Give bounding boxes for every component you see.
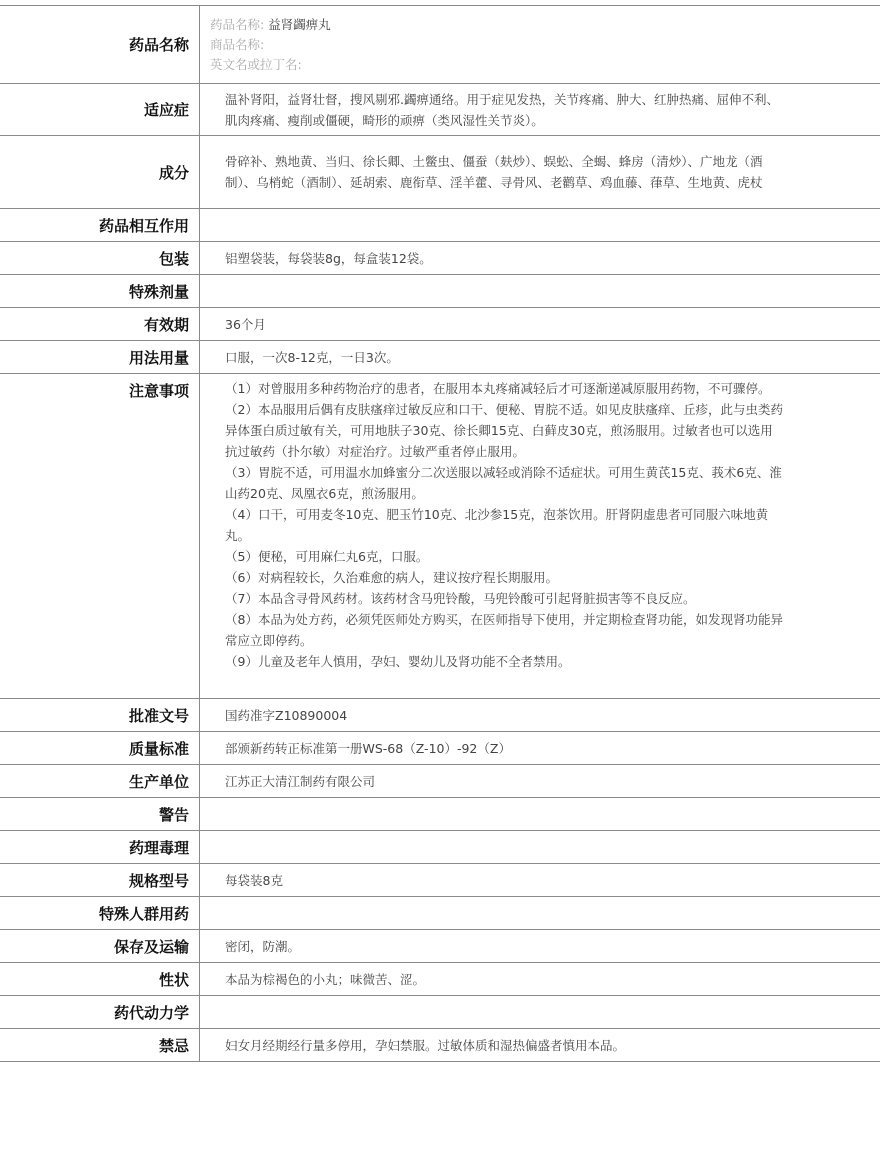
drug-info-table: 药品名称 药品名称: 益肾蠲痹丸 商品名称: 英文名或拉丁名: 适应症 温补肾阳… — [0, 5, 880, 1062]
row-indications: 适应症 温补肾阳，益肾壮督，搜风剔邪.蠲痹通络。用于症见发热，关节疼痛、肿大、红… — [0, 84, 880, 136]
generic-name-value: 益肾蠲痹丸 — [268, 17, 331, 32]
row-dosage: 用法用量 口服，一次8-12克，一日3次。 — [0, 341, 880, 374]
row-label: 药品相互作用 — [0, 209, 200, 242]
precautions-list: （1）对曾服用多种药物治疗的患者，在服用本丸疼痛减轻后才可逐渐递减原服用药物，不… — [200, 374, 880, 699]
row-label: 成分 — [0, 136, 200, 209]
row-drug-name: 药品名称 药品名称: 益肾蠲痹丸 商品名称: 英文名或拉丁名: — [0, 6, 880, 84]
row-label: 质量标准 — [0, 732, 200, 765]
row-manufacturer: 生产单位 江苏正大清江制药有限公司 — [0, 765, 880, 798]
row-label: 有效期 — [0, 308, 200, 341]
row-label: 药理毒理 — [0, 831, 200, 864]
row-special-dose: 特殊剂量 — [0, 275, 880, 308]
precaution-item: （1）对曾服用多种药物治疗的患者，在服用本丸疼痛减轻后才可逐渐递减原服用药物，不… — [225, 378, 785, 399]
row-shelf-life: 有效期 36个月 — [0, 308, 880, 341]
row-value: 江苏正大清江制药有限公司 — [200, 765, 880, 798]
precaution-item: （6）对病程较长，久治难愈的病人，建议按疗程长期服用。 — [225, 567, 785, 588]
precaution-item: （8）本品为处方药，必须凭医师处方购买，在医师指导下使用，并定期检查肾功能，如发… — [225, 609, 785, 651]
row-label: 特殊剂量 — [0, 275, 200, 308]
row-packaging: 包装 铝塑袋装，每袋装8g，每盒装12袋。 — [0, 242, 880, 275]
row-value: 部颁新药转正标准第一册WS-68（Z-10）-92（Z） — [200, 732, 880, 765]
row-precautions: 注意事项 （1）对曾服用多种药物治疗的患者，在服用本丸疼痛减轻后才可逐渐递减原服… — [0, 374, 880, 699]
row-description: 性状 本品为棕褐色的小丸；味微苦、涩。 — [0, 963, 880, 996]
row-interactions: 药品相互作用 — [0, 209, 880, 242]
precaution-item: （3）胃脘不适，可用温水加蜂蜜分二次送服以减轻或消除不适症状。可用生黄芪15克、… — [225, 462, 785, 504]
row-value: 妇女月经期经行量多停用，孕妇禁服。过敏体质和湿热偏盛者慎用本品。 — [200, 1029, 880, 1062]
row-label: 性状 — [0, 963, 200, 996]
row-label: 批准文号 — [0, 699, 200, 732]
field-key: 商品名称: — [210, 37, 264, 52]
row-pharmacology: 药理毒理 — [0, 831, 880, 864]
row-storage: 保存及运输 密闭，防潮。 — [0, 930, 880, 963]
row-value: 本品为棕褐色的小丸；味微苦、涩。 — [200, 963, 880, 996]
row-value — [200, 831, 880, 864]
row-ingredients: 成分 骨碎补、熟地黄、当归、徐长卿、土鳖虫、僵蚕（麸炒）、蜈蚣、全蝎、蜂房（清炒… — [0, 136, 880, 209]
row-special-populations: 特殊人群用药 — [0, 897, 880, 930]
latin-name-line: 英文名或拉丁名: — [210, 55, 880, 75]
row-value — [200, 897, 880, 930]
row-label: 警告 — [0, 798, 200, 831]
row-value: 口服，一次8-12克，一日3次。 — [200, 341, 880, 374]
row-label: 规格型号 — [0, 864, 200, 897]
field-key: 英文名或拉丁名: — [210, 57, 302, 72]
precaution-item: （2）本品服用后偶有皮肤瘙痒过敏反应和口干、便秘、胃脘不适。如见皮肤瘙痒、丘疹，… — [225, 399, 785, 462]
row-label: 药代动力学 — [0, 996, 200, 1029]
field-key: 药品名称: — [210, 17, 264, 32]
row-specification: 规格型号 每袋装8克 — [0, 864, 880, 897]
row-label: 用法用量 — [0, 341, 200, 374]
row-value: 密闭，防潮。 — [200, 930, 880, 963]
precaution-item: （5）便秘，可用麻仁丸6克，口服。 — [225, 546, 785, 567]
row-label: 包装 — [0, 242, 200, 275]
row-label: 禁忌 — [0, 1029, 200, 1062]
drug-name-block: 药品名称: 益肾蠲痹丸 商品名称: 英文名或拉丁名: — [200, 6, 880, 84]
precaution-item: （4）口干，可用麦冬10克、肥玉竹10克、北沙参15克，泡茶饮用。肝肾阴虚患者可… — [225, 504, 785, 546]
trade-name-line: 商品名称: — [210, 35, 880, 55]
row-value: 国药准字Z10890004 — [200, 699, 880, 732]
row-value — [200, 209, 880, 242]
row-value: 每袋装8克 — [200, 864, 880, 897]
row-approval-number: 批准文号 国药准字Z10890004 — [0, 699, 880, 732]
row-label: 注意事项 — [0, 374, 200, 699]
row-value — [200, 996, 880, 1029]
row-value: 骨碎补、熟地黄、当归、徐长卿、土鳖虫、僵蚕（麸炒）、蜈蚣、全蝎、蜂房（清炒）、广… — [200, 136, 880, 209]
row-label: 生产单位 — [0, 765, 200, 798]
row-label: 保存及运输 — [0, 930, 200, 963]
row-value — [200, 275, 880, 308]
row-contraindications: 禁忌 妇女月经期经行量多停用，孕妇禁服。过敏体质和湿热偏盛者慎用本品。 — [0, 1029, 880, 1062]
row-pharmacokinetics: 药代动力学 — [0, 996, 880, 1029]
generic-name-line: 药品名称: 益肾蠲痹丸 — [210, 15, 880, 35]
row-label: 适应症 — [0, 84, 200, 136]
precaution-item: （9）儿童及老年人慎用，孕妇、婴幼儿及肾功能不全者禁用。 — [225, 651, 785, 672]
row-label: 药品名称 — [0, 6, 200, 84]
row-warning: 警告 — [0, 798, 880, 831]
drug-info-sheet: 药品名称 药品名称: 益肾蠲痹丸 商品名称: 英文名或拉丁名: 适应症 温补肾阳… — [0, 5, 880, 1062]
row-value — [200, 798, 880, 831]
row-label: 特殊人群用药 — [0, 897, 200, 930]
precaution-item: （7）本品含寻骨风药材。该药材含马兜铃酸，马兜铃酸可引起肾脏损害等不良反应。 — [225, 588, 785, 609]
row-quality-standard: 质量标准 部颁新药转正标准第一册WS-68（Z-10）-92（Z） — [0, 732, 880, 765]
row-value: 36个月 — [200, 308, 880, 341]
row-value: 温补肾阳，益肾壮督，搜风剔邪.蠲痹通络。用于症见发热，关节疼痛、肿大、红肿热痛、… — [200, 84, 880, 136]
row-value: 铝塑袋装，每袋装8g，每盒装12袋。 — [200, 242, 880, 275]
